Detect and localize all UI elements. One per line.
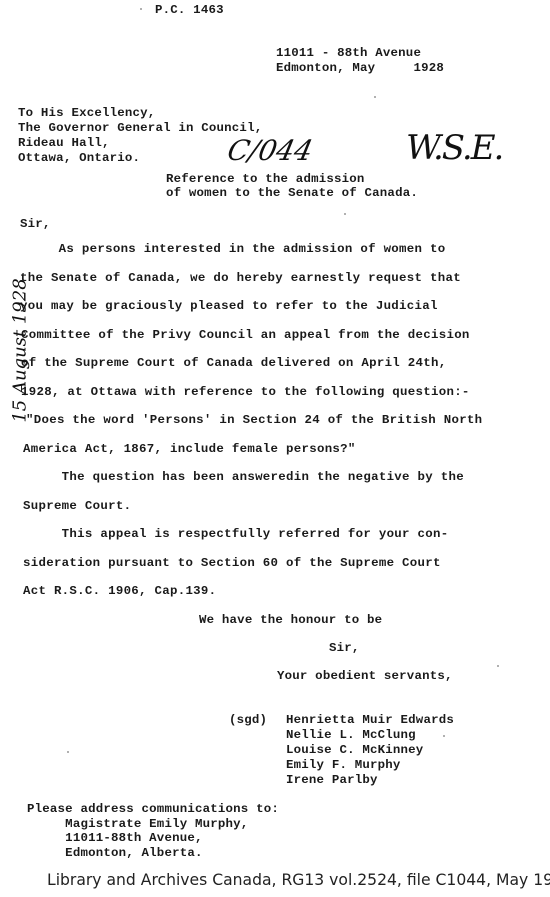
closing-line-1: We have the honour to be bbox=[199, 613, 382, 628]
sender-address-line-1: 11011 - 88th Avenue bbox=[276, 46, 421, 61]
reference-line-1: Reference to the admission bbox=[166, 172, 365, 187]
signatory: Nellie L. McClung bbox=[286, 728, 416, 743]
signatory: Louise C. McKinney bbox=[286, 743, 423, 758]
body-line: you may be graciously pleased to refer t… bbox=[20, 299, 438, 313]
body-line: of the Supreme Court of Canada delivered… bbox=[21, 356, 446, 370]
paper-speck bbox=[374, 96, 376, 98]
closing-line-2: Sir, bbox=[329, 641, 360, 656]
body-line: 1928, at Ottawa with reference to the fo… bbox=[21, 385, 470, 399]
address-note-line-3: 11011-88th Avenue, bbox=[27, 831, 203, 846]
address-note-line-1: Please address communications to: bbox=[27, 802, 279, 817]
body-line: Act R.S.C. 1906, Cap.139. bbox=[23, 584, 216, 598]
closing-line-3: Your obedient servants, bbox=[277, 669, 453, 684]
signed-label: (sgd) bbox=[229, 713, 267, 728]
recipient-line-1: To His Excellency, bbox=[18, 106, 155, 121]
archive-caption: Library and Archives Canada, RG13 vol.25… bbox=[47, 871, 550, 889]
body-line: The question has been answeredin the neg… bbox=[23, 470, 464, 484]
paper-speck bbox=[443, 735, 445, 737]
body-line: As persons interested in the admission o… bbox=[20, 242, 445, 256]
signatory: Henrietta Muir Edwards bbox=[286, 713, 454, 728]
file-number: P.C. 1463 bbox=[155, 3, 224, 18]
recipient-line-2: The Governor General in Council, bbox=[18, 121, 262, 136]
address-note-line-2: Magistrate Emily Murphy, bbox=[27, 817, 248, 832]
address-note-line-4: Edmonton, Alberta. bbox=[27, 846, 203, 861]
body-line: "Does the word 'Persons' in Section 24 o… bbox=[26, 413, 482, 427]
paper-speck bbox=[67, 751, 69, 753]
body-line: the Senate of Canada, we do hereby earne… bbox=[20, 271, 461, 285]
body-line: America Act, 1867, include female person… bbox=[23, 442, 356, 456]
reference-line-2: of women to the Senate of Canada. bbox=[166, 186, 418, 201]
signatory: Emily F. Murphy bbox=[286, 758, 401, 773]
handwritten-initials: W.S.E. bbox=[406, 128, 502, 168]
body-line: This appeal is respectfully referred for… bbox=[23, 527, 448, 541]
paper-speck bbox=[140, 8, 142, 10]
paper-speck bbox=[497, 665, 499, 667]
sender-address-line-2: Edmonton, May 1928 bbox=[276, 61, 444, 76]
handwritten-file-ref: C/044 bbox=[224, 134, 315, 167]
recipient-line-3: Rideau Hall, bbox=[18, 136, 110, 151]
paper-speck bbox=[344, 213, 346, 215]
recipient-line-4: Ottawa, Ontario. bbox=[18, 151, 140, 166]
handwritten-margin-date: 15 August 1928 bbox=[10, 278, 31, 422]
body-line: Committee of the Privy Council an appeal… bbox=[21, 328, 470, 342]
signatory: Irene Parlby bbox=[286, 773, 378, 788]
body-line: sideration pursuant to Section 60 of the… bbox=[23, 556, 441, 570]
body-line: Supreme Court. bbox=[23, 499, 131, 513]
salutation: Sir, bbox=[20, 217, 51, 232]
